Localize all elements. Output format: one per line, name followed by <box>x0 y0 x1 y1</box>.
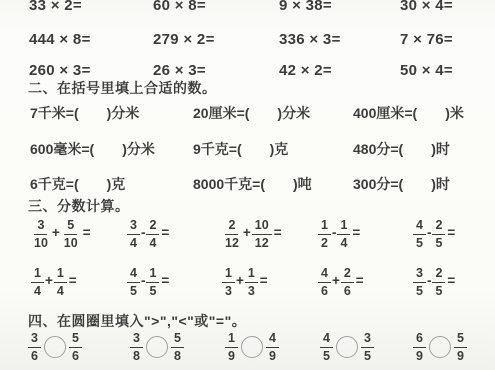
equals-sign: = <box>356 274 364 288</box>
fraction-denominator: 3 <box>245 283 258 299</box>
fraction: 13 <box>245 266 258 298</box>
fraction-expression: 46+26= <box>318 266 365 298</box>
fraction-denominator: 9 <box>454 348 467 364</box>
fraction-numerator: 2 <box>341 266 354 283</box>
fraction: 15 <box>146 266 159 298</box>
fraction-numerator: 4 <box>318 266 331 283</box>
fraction: 310 <box>31 218 51 250</box>
comparison-circle <box>429 336 451 358</box>
fraction-numerator: 3 <box>127 218 140 235</box>
fraction-denominator: 8 <box>171 348 184 364</box>
fraction-expression: 13+13= <box>222 266 269 298</box>
fraction: 46 <box>318 266 331 298</box>
fraction: 45 <box>127 266 140 298</box>
fraction-expression: 310+510= <box>31 218 92 250</box>
fraction-denominator: 6 <box>28 348 41 364</box>
fraction-numerator: 4 <box>266 331 279 348</box>
operator-sign: - <box>427 274 432 288</box>
operator-sign: + <box>52 226 60 240</box>
fraction-denominator: 10 <box>61 235 81 251</box>
fraction-numerator: 5 <box>64 218 77 235</box>
operator-sign: + <box>236 274 244 288</box>
multiplication-problem: 260 × 3= <box>29 62 91 79</box>
fraction-expression: 14+14= <box>31 266 78 298</box>
fraction: 45 <box>413 218 426 250</box>
conversion-problem: 8000千克=( )吨 <box>193 174 312 194</box>
multiplication-problem: 9 × 38= <box>279 0 332 14</box>
conversion-problem: 6千克=( )克 <box>30 174 125 194</box>
comparison-item: 6959 <box>413 331 467 363</box>
fraction: 25 <box>432 218 445 250</box>
multiplication-problem: 50 × 4= <box>400 62 453 79</box>
fraction-expression: 34-24= <box>127 218 170 250</box>
conversion-problem: 300分=( )时 <box>353 174 450 194</box>
fraction-expression: 212+1012= <box>222 218 283 250</box>
fraction-numerator: 5 <box>171 331 184 348</box>
conversion-problem: 600毫米=( )分米 <box>30 139 155 159</box>
multiplication-problem: 279 × 2= <box>153 31 215 48</box>
fraction-numerator: 4 <box>320 331 333 348</box>
fraction: 14 <box>337 218 350 250</box>
fraction: 59 <box>454 331 467 363</box>
fraction-denominator: 4 <box>54 283 67 299</box>
fraction: 12 <box>318 218 331 250</box>
fraction-denominator: 5 <box>146 283 159 299</box>
conversion-problem: 480分=( )时 <box>353 139 450 159</box>
fraction-numerator: 2 <box>432 266 445 283</box>
fraction: 14 <box>31 266 44 298</box>
fraction-denominator: 10 <box>31 235 51 251</box>
fraction-denominator: 5 <box>361 348 374 364</box>
operator-sign: + <box>45 274 53 288</box>
fraction-denominator: 3 <box>222 283 235 299</box>
fraction-expression: 12-14= <box>318 218 361 250</box>
fraction-numerator: 4 <box>127 266 140 283</box>
fraction-denominator: 6 <box>341 283 354 299</box>
fraction-denominator: 4 <box>31 283 44 299</box>
fraction-numerator: 5 <box>69 331 82 348</box>
fraction-denominator: 5 <box>432 235 445 251</box>
equals-sign: = <box>447 274 455 288</box>
fraction-numerator: 3 <box>28 331 41 348</box>
comparison-circle <box>146 336 168 358</box>
fraction: 13 <box>222 266 235 298</box>
fraction-numerator: 1 <box>225 331 238 348</box>
fraction: 35 <box>413 266 426 298</box>
comparison-item: 3656 <box>28 331 82 363</box>
fraction-denominator: 5 <box>413 283 426 299</box>
equals-sign: = <box>352 226 360 240</box>
fraction-denominator: 6 <box>69 348 82 364</box>
fraction: 19 <box>225 331 238 363</box>
fraction-numerator: 1 <box>31 266 44 283</box>
fraction: 14 <box>54 266 67 298</box>
fraction-numerator: 3 <box>413 266 426 283</box>
equals-sign: = <box>83 226 91 240</box>
fraction: 56 <box>69 331 82 363</box>
comparison-circle <box>44 336 66 358</box>
fraction-numerator: 1 <box>337 218 350 235</box>
fraction: 510 <box>61 218 81 250</box>
fraction: 26 <box>341 266 354 298</box>
multiplication-problem: 42 × 2= <box>279 62 332 79</box>
fraction-numerator: 5 <box>454 331 467 348</box>
comparison-item: 4535 <box>320 331 374 363</box>
comparison-item: 1949 <box>225 331 279 363</box>
fraction-denominator: 5 <box>432 283 445 299</box>
fraction-denominator: 8 <box>130 348 143 364</box>
equals-sign: = <box>447 226 455 240</box>
equals-sign: = <box>274 226 282 240</box>
fraction-denominator: 12 <box>222 235 242 251</box>
fraction: 212 <box>222 218 242 250</box>
fraction: 25 <box>432 266 445 298</box>
fraction-denominator: 9 <box>225 348 238 364</box>
fraction-denominator: 5 <box>413 235 426 251</box>
fraction-numerator: 1 <box>54 266 67 283</box>
multiplication-problem: 30 × 4= <box>400 0 453 14</box>
section-3-title: 三、分数计算。 <box>28 196 130 216</box>
conversion-problem: 7千米=( )分米 <box>30 103 139 123</box>
fraction-denominator: 6 <box>318 283 331 299</box>
worksheet-page: 二、在括号里填上合适的数。 三、分数计算。 四、在圆圈里填入">","<"或"=… <box>0 0 495 370</box>
conversion-problem: 400厘米=( )米 <box>353 103 464 123</box>
fraction-denominator: 9 <box>413 348 426 364</box>
fraction: 35 <box>361 331 374 363</box>
fraction-numerator: 1 <box>146 266 159 283</box>
fraction-numerator: 2 <box>432 218 445 235</box>
section-4-title: 四、在圆圈里填入">","<"或"="。 <box>28 311 246 331</box>
fraction-numerator: 1 <box>318 218 331 235</box>
conversion-problem: 9千克=( )克 <box>193 139 288 159</box>
section-2-title: 二、在括号里填上合适的数。 <box>28 78 217 98</box>
fraction-denominator: 5 <box>127 283 140 299</box>
multiplication-problem: 60 × 8= <box>153 0 206 14</box>
fraction-numerator: 3 <box>130 331 143 348</box>
fraction: 49 <box>266 331 279 363</box>
multiplication-problem: 336 × 3= <box>279 31 341 48</box>
equals-sign: = <box>161 226 169 240</box>
comparison-item: 3858 <box>130 331 184 363</box>
fraction-denominator: 4 <box>337 235 350 251</box>
fraction: 24 <box>146 218 159 250</box>
multiplication-problem: 444 × 8= <box>29 31 91 48</box>
multiplication-problem: 33 × 2= <box>29 0 82 14</box>
fraction-numerator: 6 <box>413 331 426 348</box>
fraction: 45 <box>320 331 333 363</box>
fraction-numerator: 3 <box>34 218 47 235</box>
fraction: 34 <box>127 218 140 250</box>
equals-sign: = <box>161 274 169 288</box>
fraction-expression: 45-25= <box>413 218 456 250</box>
operator-sign: - <box>427 226 432 240</box>
fraction: 36 <box>28 331 41 363</box>
fraction-denominator: 2 <box>318 235 331 251</box>
fraction-expression: 45-15= <box>127 266 170 298</box>
fraction-denominator: 5 <box>320 348 333 364</box>
fraction-denominator: 12 <box>252 235 272 251</box>
fraction: 1012 <box>252 218 272 250</box>
multiplication-problem: 26 × 3= <box>153 62 206 79</box>
fraction-numerator: 2 <box>225 218 238 235</box>
fraction-numerator: 4 <box>413 218 426 235</box>
fraction: 58 <box>171 331 184 363</box>
operator-sign: - <box>332 226 337 240</box>
conversion-problem: 20厘米=( )分米 <box>193 103 310 123</box>
comparison-circle <box>241 336 263 358</box>
fraction-numerator: 3 <box>361 331 374 348</box>
equals-sign: = <box>260 274 268 288</box>
fraction-numerator: 1 <box>222 266 235 283</box>
fraction-expression: 35-25= <box>413 266 456 298</box>
operator-sign: - <box>141 226 146 240</box>
multiplication-problem: 7 × 76= <box>400 31 453 48</box>
operator-sign: + <box>243 226 251 240</box>
equals-sign: = <box>69 274 77 288</box>
fraction-denominator: 4 <box>127 235 140 251</box>
fraction-denominator: 9 <box>266 348 279 364</box>
operator-sign: + <box>332 274 340 288</box>
fraction-numerator: 1 <box>245 266 258 283</box>
fraction-denominator: 4 <box>146 235 159 251</box>
fraction: 69 <box>413 331 426 363</box>
operator-sign: - <box>141 274 146 288</box>
comparison-circle <box>336 336 358 358</box>
fraction-numerator: 2 <box>146 218 159 235</box>
fraction-numerator: 10 <box>252 218 272 235</box>
fraction: 38 <box>130 331 143 363</box>
